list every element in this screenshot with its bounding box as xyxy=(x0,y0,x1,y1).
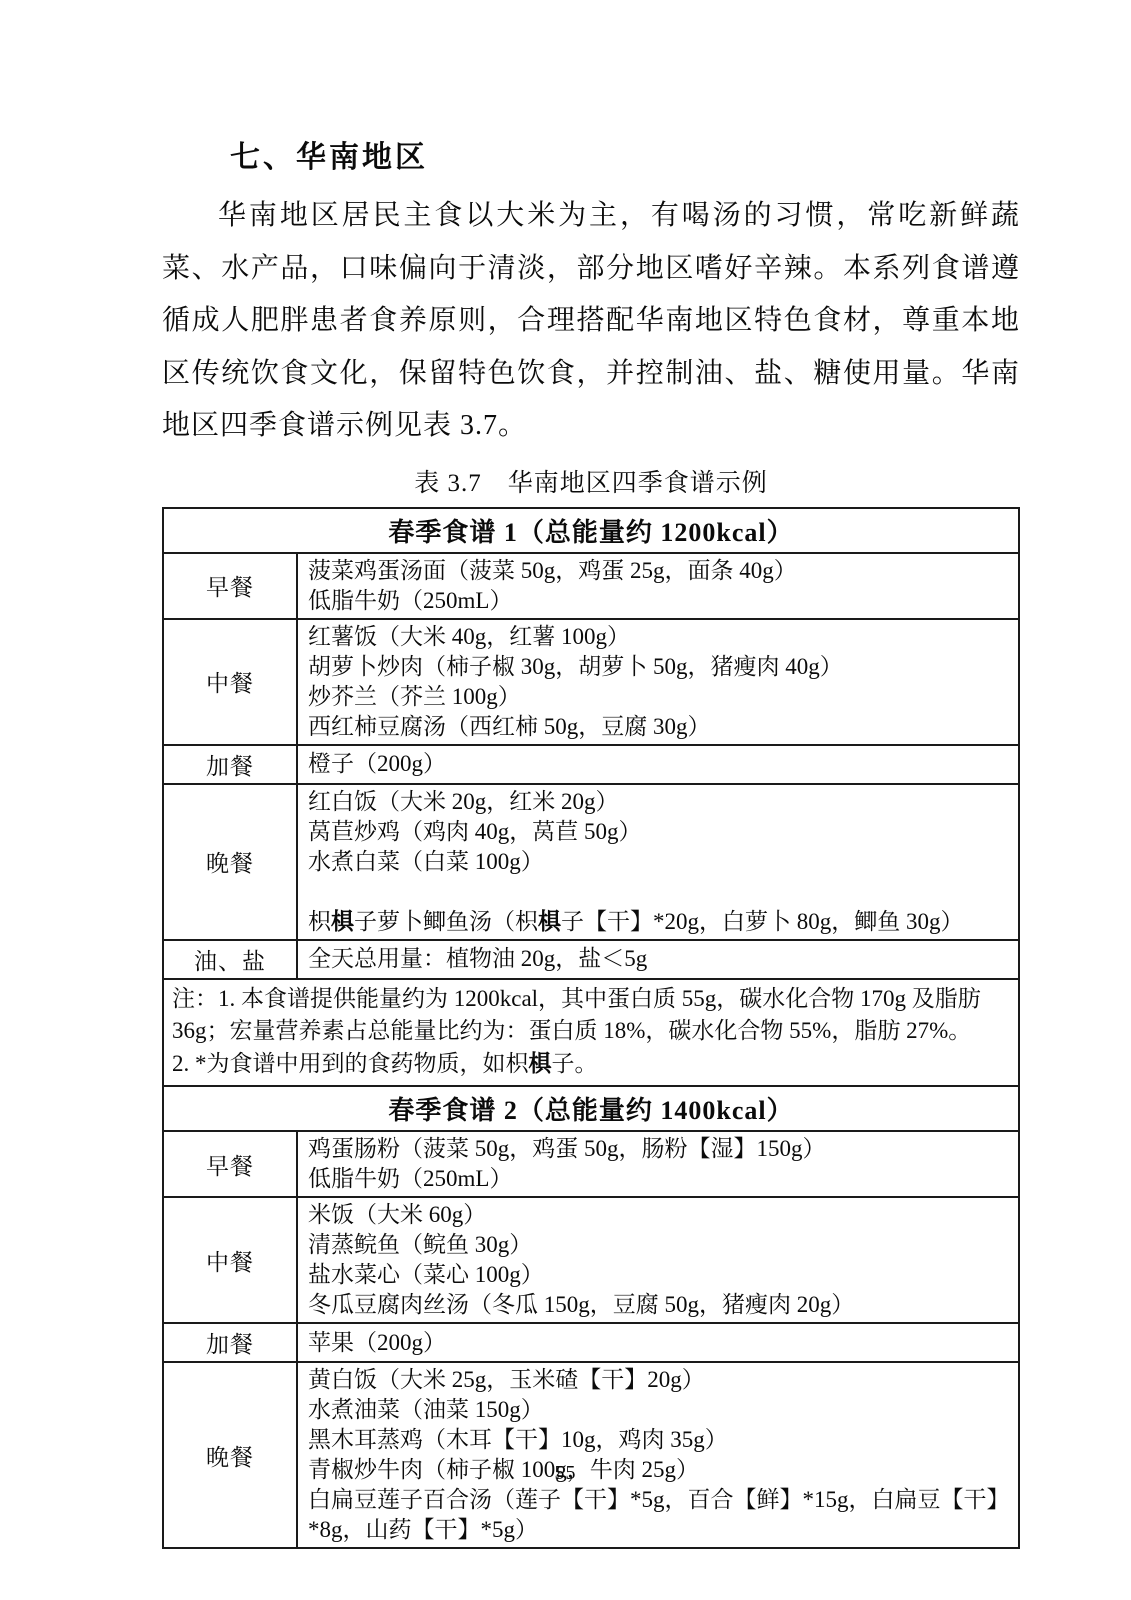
table-section-row-1: 春季食谱 1（总能量约 1200kcal） xyxy=(163,508,1019,553)
table-note: 注：1. 本食谱提供能量约为 1200kcal，其中蛋白质 55g，碳水化合物 … xyxy=(163,979,1019,1087)
meal-label-snack-1: 加餐 xyxy=(163,745,297,784)
meal-dishes-dinner-2: 黄白饭（大米 25g，玉米碴【干】20g） 水煮油菜（油菜 150g） 黑木耳蒸… xyxy=(297,1362,1019,1548)
meal-label-snack-2: 加餐 xyxy=(163,1323,297,1362)
page-number: 55 xyxy=(0,1462,1131,1485)
meal-dishes-snack-2: 苹果（200g） xyxy=(297,1323,1019,1362)
meal-label-breakfast-1: 早餐 xyxy=(163,553,297,619)
meal-row: 加餐 橙子（200g） xyxy=(163,745,1019,784)
meal-dishes-oil-salt-1: 全天总用量：植物油 20g，盐＜5g xyxy=(297,940,1019,979)
meal-row: 加餐 苹果（200g） xyxy=(163,1323,1019,1362)
meal-row: 早餐 鸡蛋肠粉（菠菜 50g，鸡蛋 50g，肠粉【湿】150g） 低脂牛奶（25… xyxy=(163,1131,1019,1197)
document-page: 七、华南地区 华南地区居民主食以大米为主，有喝汤的习惯，常吃新鲜蔬菜、水产品，口… xyxy=(0,0,1131,1600)
meal-dishes-breakfast-2: 鸡蛋肠粉（菠菜 50g，鸡蛋 50g，肠粉【湿】150g） 低脂牛奶（250mL… xyxy=(297,1131,1019,1197)
meal-row: 中餐 红薯饭（大米 40g，红薯 100g） 胡萝卜炒肉（柿子椒 30g，胡萝卜… xyxy=(163,619,1019,745)
table-caption: 表 3.7 华南地区四季食谱示例 xyxy=(162,463,1020,499)
meal-label-dinner-1: 晚餐 xyxy=(163,784,297,940)
meal-label-oil-salt-1: 油、盐 xyxy=(163,940,297,979)
intro-paragraph: 华南地区居民主食以大米为主，有喝汤的习惯，常吃新鲜蔬菜、水产品，口味偏向于清淡，… xyxy=(162,190,1020,453)
spring-recipe-1-header: 春季食谱 1（总能量约 1200kcal） xyxy=(163,508,1019,553)
meal-dishes-lunch-2: 米饭（大米 60g） 清蒸鲩鱼（鲩鱼 30g） 盐水菜心（菜心 100g） 冬瓜… xyxy=(297,1197,1019,1323)
section-heading: 七、华南地区 xyxy=(162,0,1020,176)
meal-label-lunch-2: 中餐 xyxy=(163,1197,297,1323)
meal-row: 晚餐 黄白饭（大米 25g，玉米碴【干】20g） 水煮油菜（油菜 150g） 黑… xyxy=(163,1362,1019,1548)
meal-row: 晚餐 红白饭（大米 20g，红米 20g） 莴苣炒鸡（鸡肉 40g，莴苣 50g… xyxy=(163,784,1019,940)
meal-dishes-breakfast-1: 菠菜鸡蛋汤面（菠菜 50g，鸡蛋 25g，面条 40g） 低脂牛奶（250mL） xyxy=(297,553,1019,619)
meal-row: 中餐 米饭（大米 60g） 清蒸鲩鱼（鲩鱼 30g） 盐水菜心（菜心 100g）… xyxy=(163,1197,1019,1323)
meal-row: 油、盐 全天总用量：植物油 20g，盐＜5g xyxy=(163,940,1019,979)
meal-dishes-dinner-1: 红白饭（大米 20g，红米 20g） 莴苣炒鸡（鸡肉 40g，莴苣 50g） 水… xyxy=(297,784,1019,940)
meal-label-breakfast-2: 早餐 xyxy=(163,1131,297,1197)
note-row: 注：1. 本食谱提供能量约为 1200kcal，其中蛋白质 55g，碳水化合物 … xyxy=(163,979,1019,1087)
meal-label-dinner-2: 晚餐 xyxy=(163,1362,297,1548)
page-content: 七、华南地区 华南地区居民主食以大米为主，有喝汤的习惯，常吃新鲜蔬菜、水产品，口… xyxy=(162,0,1020,1549)
spring-recipe-2-header: 春季食谱 2（总能量约 1400kcal） xyxy=(163,1086,1019,1131)
table-section-row-2: 春季食谱 2（总能量约 1400kcal） xyxy=(163,1086,1019,1131)
meal-label-lunch-1: 中餐 xyxy=(163,619,297,745)
meal-dishes-snack-1: 橙子（200g） xyxy=(297,745,1019,784)
recipe-table: 春季食谱 1（总能量约 1200kcal） 早餐 菠菜鸡蛋汤面（菠菜 50g，鸡… xyxy=(162,507,1020,1550)
meal-dishes-lunch-1: 红薯饭（大米 40g，红薯 100g） 胡萝卜炒肉（柿子椒 30g，胡萝卜 50… xyxy=(297,619,1019,745)
meal-row: 早餐 菠菜鸡蛋汤面（菠菜 50g，鸡蛋 25g，面条 40g） 低脂牛奶（250… xyxy=(163,553,1019,619)
